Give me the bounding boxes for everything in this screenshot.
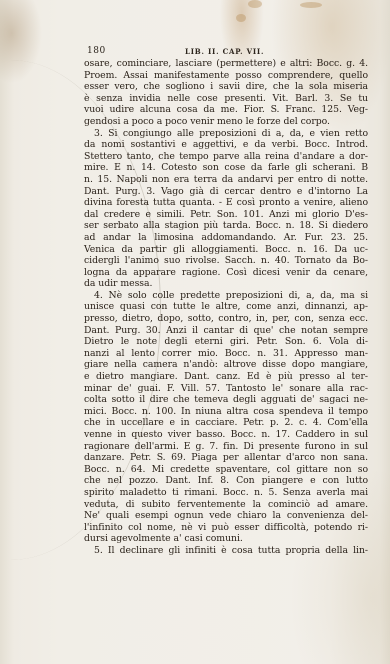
text-line: che nel pozzo. Dant. Inf. 8. Con pianger… [84,475,368,487]
text-line: veduta, di subito ferventemente la comin… [84,499,368,511]
text-line: Venica da partir gli alloggiamenti. Bocc… [84,244,368,256]
text-line: 5. Il declinare gli infiniti è cosa tutt… [84,545,368,557]
text-line: e dietro mangiare. Dant. canz. Ed è più … [84,371,368,383]
text-line: mici. Bocc. n. 100. In niuna altra cosa … [84,406,368,418]
text-line: n. 15. Napoli non era terra da andarvi p… [84,174,368,186]
text-line: osare, cominciare, lasciare (permettere)… [84,58,368,70]
text-line: vuoi udire alcuna cosa da me. Fior. S. F… [84,104,368,116]
text-line: spirito maladetto ti rimani. Bocc. n. 5.… [84,487,368,499]
text-line: Bocc. n. 64. Mi credette spaventare, col… [84,464,368,476]
text-line: ser serbato alla stagion più tarda. Bocc… [84,220,368,232]
text-line: logna da apparare ragione. Così dicesi v… [84,267,368,279]
text-line: da udir messa. [84,278,368,290]
text-line: Proem. Assai manifestamente posso compre… [84,70,368,82]
text-line: 3. Si congiungo alle preposizioni di a, … [84,128,368,140]
text-line: 4. Nè solo colle predette preposizioni d… [84,290,368,302]
text-line: Ne' quali esempi ognun vede chiaro la co… [84,510,368,522]
text-line: giare nella camera n'andò: altrove disse… [84,359,368,371]
text-line: Dant. Purg. 30. Anzi il cantar di que' c… [84,325,368,337]
book-page: 180 LIB. II. CAP. VII. osare, cominciare… [0,0,390,664]
text-line: nanzi al lento correr mio. Bocc. n. 31. … [84,348,368,360]
foxing-stain [236,14,246,22]
text-line: dursi agevolmente a' casi comuni. [84,533,368,545]
text-line: unisce quasi con tutte le altre, come an… [84,301,368,313]
text-line: cidergli l'animo suo rivolse. Sacch. n. … [84,255,368,267]
page-number: 180 [87,46,106,56]
text-line: dal credere e simili. Petr. Son. 101. An… [84,209,368,221]
text-line: venne in questo viver basso. Bocc. n. 17… [84,429,368,441]
text-line: mire. E n. 14. Cotesto son cose da farle… [84,162,368,174]
running-title: LIB. II. CAP. VII. [185,47,264,56]
text-line: l'infinito col nome, nè vi può esser dif… [84,522,368,534]
running-head: 180 LIB. II. CAP. VII. [85,46,367,58]
body-text: osare, cominciare, lasciare (permettere)… [84,58,368,557]
text-line: è senza invidia nelle cose presenti. Vit… [84,93,368,105]
text-line: ad andar la limosina addomandando. Ar. F… [84,232,368,244]
text-line: divina foresta tutta quanta. - E così pr… [84,197,368,209]
text-line: presso, dietro, dopo, sotto, contro, in,… [84,313,368,325]
text-line: esser vero, che sogliono i savii dire, c… [84,81,368,93]
text-line: colta sotto il dire che temeva degli agg… [84,394,368,406]
text-line: Dant. Purg. 3. Vago già di cercar dentro… [84,186,368,198]
text-line: minar de' guai. F. Vill. 57. Tantosto le… [84,383,368,395]
foxing-stain [300,2,322,8]
text-line: Dietro le note degli eterni giri. Petr. … [84,336,368,348]
text-line: gendosi a poco a poco venir meno le forz… [84,116,368,128]
foxing-stain [248,0,262,8]
text-line: ragionare dell'armi. E g. 7. fin. Di pre… [84,441,368,453]
text-line: danzare. Petr. S. 69. Piaga per allentar… [84,452,368,464]
text-line: da nomi sostantivi e aggettivi, e da ver… [84,139,368,151]
text-line: Stettero tanto, che tempo parve alla rei… [84,151,368,163]
text-line: che in uccellare e in cacciare. Petr. p.… [84,417,368,429]
